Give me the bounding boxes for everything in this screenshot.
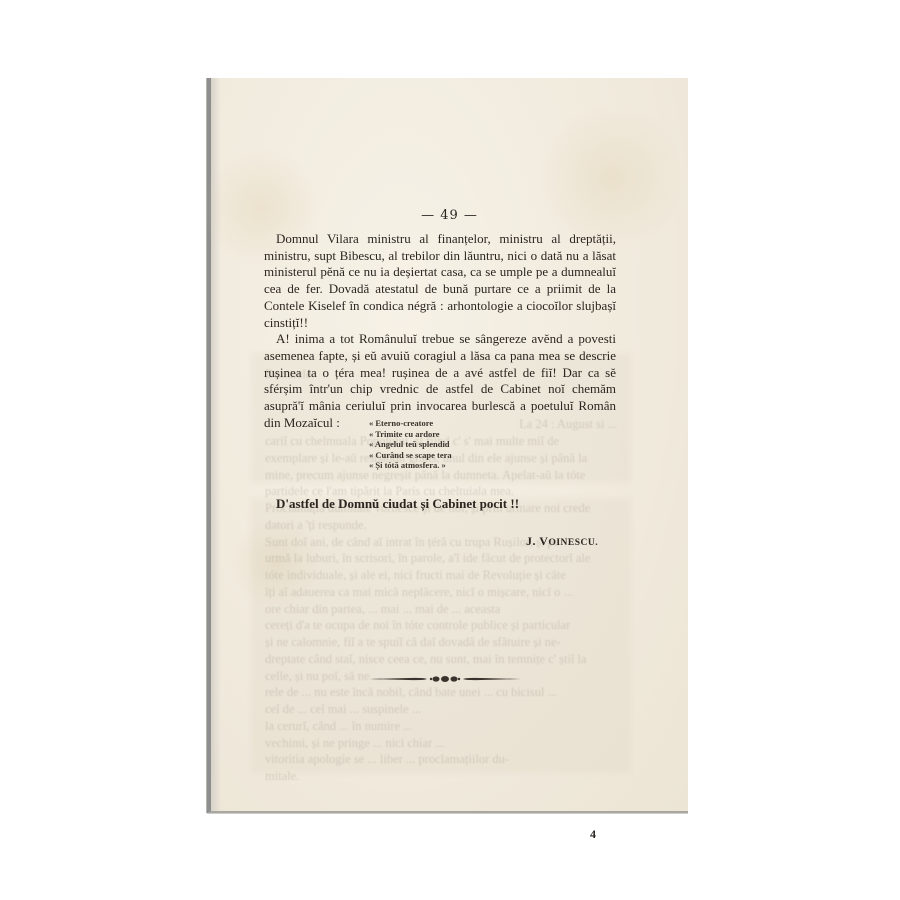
paragraph: Domnul Vilara ministru al finanțelor, mi…: [264, 231, 616, 331]
verse-line: « Trimite cu ardore: [369, 429, 452, 440]
verse-line: « Și tótă atmosfera. »: [369, 460, 452, 471]
show-through-line: ore chiar din partea, ... mai ... mai de…: [265, 601, 617, 618]
show-through-line: rele de ... nu este încă nobil, când bat…: [265, 684, 617, 701]
show-through-line: și ne calomnie, fiĭ a te spuiĭ că daĭ do…: [265, 634, 617, 651]
verse-line: « Eterno-creatore: [369, 418, 452, 429]
show-through-line: tóte individuale, și ale ei, nici fructi…: [265, 567, 617, 584]
show-through-line: dreptate când staĭ, nisce ceea ce, nu su…: [265, 651, 617, 668]
show-through-line: la cerurĭ, când ... în numire ...: [265, 718, 617, 735]
closing-line: D'astfel de Domnŭ ciudat și Cabinet poci…: [276, 496, 519, 512]
document-page: Domnule. La 24 : August si ... cariĭ cu …: [207, 78, 688, 813]
show-through-line: îți aĭ adauerea ca mai mică neplăcere, n…: [265, 584, 617, 601]
ornamental-divider-icon: [369, 675, 521, 683]
verse-line: « Curând se scape tera: [369, 450, 452, 461]
author-signature: J. VOINESCU.: [526, 534, 598, 549]
show-through-line: vechimi, și ne pringe ... nici chiar ...: [265, 735, 617, 752]
verse-quotation: « Eterno-creatore « Trimite cu ardore « …: [369, 418, 452, 471]
signature-surname: OINESCU.: [548, 538, 598, 548]
body-text: Domnul Vilara ministru al finanțelor, mi…: [264, 231, 616, 431]
signature-initial: J. V: [526, 534, 548, 548]
show-through-line: ceĭ de ... ceĭ mai ... suspinele ...: [265, 701, 617, 718]
paragraph: A! inima a tot Românuluĭ trebue se sânge…: [264, 331, 616, 431]
signature-mark: 4: [590, 827, 596, 842]
show-through-line: cereți d'a te ocupa de noi în tóte contr…: [265, 617, 617, 634]
show-through-line: urmă la luburi, în scrisori, în parole, …: [265, 550, 617, 567]
page-number: — 49 —: [211, 208, 688, 223]
show-through-line: mitale.: [265, 768, 617, 785]
show-through-line: vitoritia apologie se ... liber ... proc…: [265, 751, 617, 768]
verse-line: « Angelul teŭ splendid: [369, 439, 452, 450]
show-through-line: datori a 'ți respunde.: [265, 517, 617, 534]
